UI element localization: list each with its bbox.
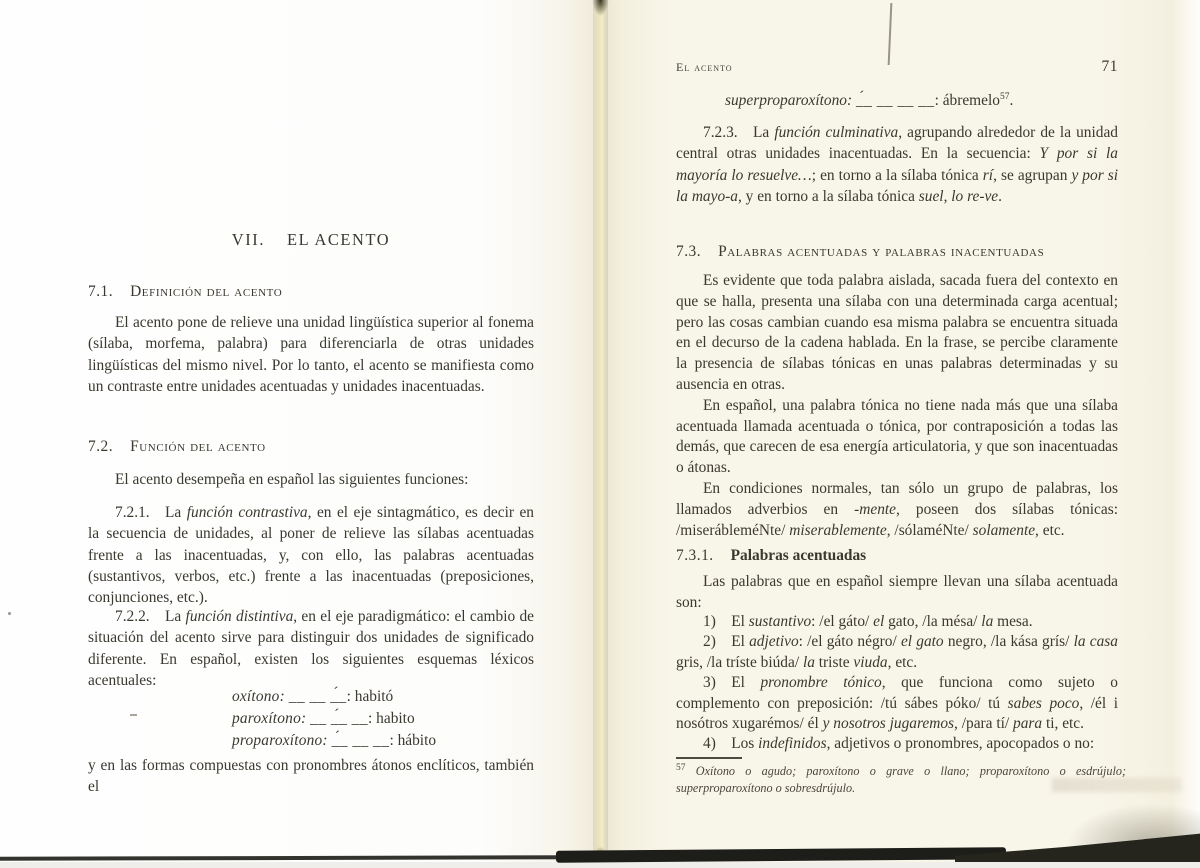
scheme-pattern: _́_ __ __ __	[856, 92, 935, 109]
paragraph-text: Las palabras que en español siempre llev…	[676, 571, 1118, 614]
section-heading-7-3: 7.3.Palabras acentuadas y palabras inace…	[676, 241, 1118, 262]
section-heading-7-2: 7.2.Función del acento	[88, 436, 534, 457]
section-heading-7-3-1: 7.3.1.Palabras acentuadas	[676, 545, 1118, 566]
page-number: 71	[1102, 56, 1119, 77]
scheme-paroxitono: paroxítono: __ _́_ __: habito	[232, 708, 572, 730]
scheme-label: proparoxítono:	[232, 732, 328, 749]
section-number: 7.2.	[88, 438, 113, 455]
scan-speck	[8, 612, 11, 615]
chapter-title: VII.EL ACENTO	[88, 229, 534, 250]
scheme-example: : ábremelo57.	[935, 92, 1014, 109]
paragraph-text: El acento pone de relieve una unidad lin…	[88, 312, 534, 397]
book-scan: VII.EL ACENTO 7.1.Definición del acento …	[0, 0, 1200, 868]
paragraph-encliticos: y en las formas compuestas con pronombre…	[88, 755, 534, 798]
section-heading-7-1: 7.1.Definición del acento	[88, 281, 534, 302]
section-title: Función del acento	[130, 438, 266, 455]
scheme-example: : habito	[368, 710, 415, 727]
scheme-proparoxitono: proparoxítono: _́_ __ __: hábito	[232, 730, 572, 752]
paragraph-7-2-2: 7.2.2. La función distintiva, en el eje …	[88, 606, 534, 691]
paragraph-text: El acento desempeña en español las sigui…	[88, 469, 534, 490]
paragraph-text: En español, una palabra tónica no tiene …	[676, 396, 1118, 479]
list-item: 1) El sustantivo: /el gáto/ el gato, /la…	[676, 612, 1118, 632]
scheme-label: paroxítono:	[232, 710, 306, 727]
scheme-pattern: __ _́_ __	[310, 710, 368, 727]
scheme-label: oxítono:	[232, 688, 285, 705]
list-item: 2) El adjetivo: /el gáto négro/ el gato …	[676, 632, 1118, 673]
paragraph-7-3-1-intro: Las palabras que en español siempre llev…	[676, 571, 1118, 614]
paragraph-text: 7.2.3. La función culminativa, agrupando…	[676, 122, 1118, 207]
section-title: Palabras acentuadas	[731, 547, 867, 564]
accented-words-list: 1) El sustantivo: /el gáto/ el gato, /la…	[676, 612, 1118, 755]
paragraph-text: 7.2.1. La función contrastiva, en el eje…	[88, 502, 534, 608]
scheme-superproparoxitono: superproparoxítono: _́_ __ __ __: ábreme…	[725, 90, 1105, 111]
footnote-marker: 57	[676, 763, 686, 773]
chapter-title-text: EL ACENTO	[287, 230, 390, 249]
paragraph-text: Es evidente que toda palabra aislada, sa…	[676, 271, 1118, 396]
book-spine	[593, 0, 608, 868]
page-header: El acento 71	[676, 56, 1118, 78]
scheme-pattern: _́_ __ __	[332, 732, 390, 749]
paragraph-text: 7.2.2. La función distintiva, en el eje …	[88, 606, 534, 691]
paragraph-text: En condiciones normales, tan sólo un gru…	[676, 479, 1118, 541]
accent-scheme-list: oxítono: __ __ _́_: habitó paroxítono: _…	[232, 686, 572, 752]
scheme-label: superproparoxítono:	[725, 92, 852, 109]
scan-speck	[130, 714, 137, 716]
list-item: 3) El pronombre tónico, que funciona com…	[676, 673, 1118, 734]
list-item: 4) Los indefinidos, adjetivos o pronombr…	[676, 734, 1118, 754]
paragraph-7-2-3: 7.2.3. La función culminativa, agrupando…	[676, 122, 1118, 207]
section-number: 7.3.1.	[676, 547, 714, 564]
spine-shadow-top	[592, 0, 609, 20]
chapter-number: VII.	[232, 230, 265, 249]
running-head: El acento	[676, 57, 733, 78]
footnote-rule	[676, 757, 742, 759]
section-number: 7.1.	[88, 283, 113, 300]
paragraph-definicion: El acento pone de relieve una unidad lin…	[88, 312, 534, 397]
paragraph-text: y en las formas compuestas con pronombre…	[88, 755, 534, 798]
section-title: Palabras acentuadas y palabras inacentua…	[718, 243, 1044, 260]
scan-bottom-edge	[0, 862, 1200, 868]
paragraph-funcion-intro: El acento desempeña en español las sigui…	[88, 469, 534, 490]
section-title: Definición del acento	[130, 283, 282, 300]
scheme-example: : habitó	[347, 688, 394, 705]
section-number: 7.3.	[676, 243, 701, 260]
scheme-pattern: __ __ _́_	[289, 688, 347, 705]
scheme-example: : hábito	[389, 732, 436, 749]
section-7-3-body: Es evidente que toda palabra aislada, sa…	[676, 271, 1118, 541]
scheme-oxitono: oxítono: __ __ _́_: habitó	[232, 686, 572, 708]
paragraph-7-2-1: 7.2.1. La función contrastiva, en el eje…	[88, 502, 534, 608]
